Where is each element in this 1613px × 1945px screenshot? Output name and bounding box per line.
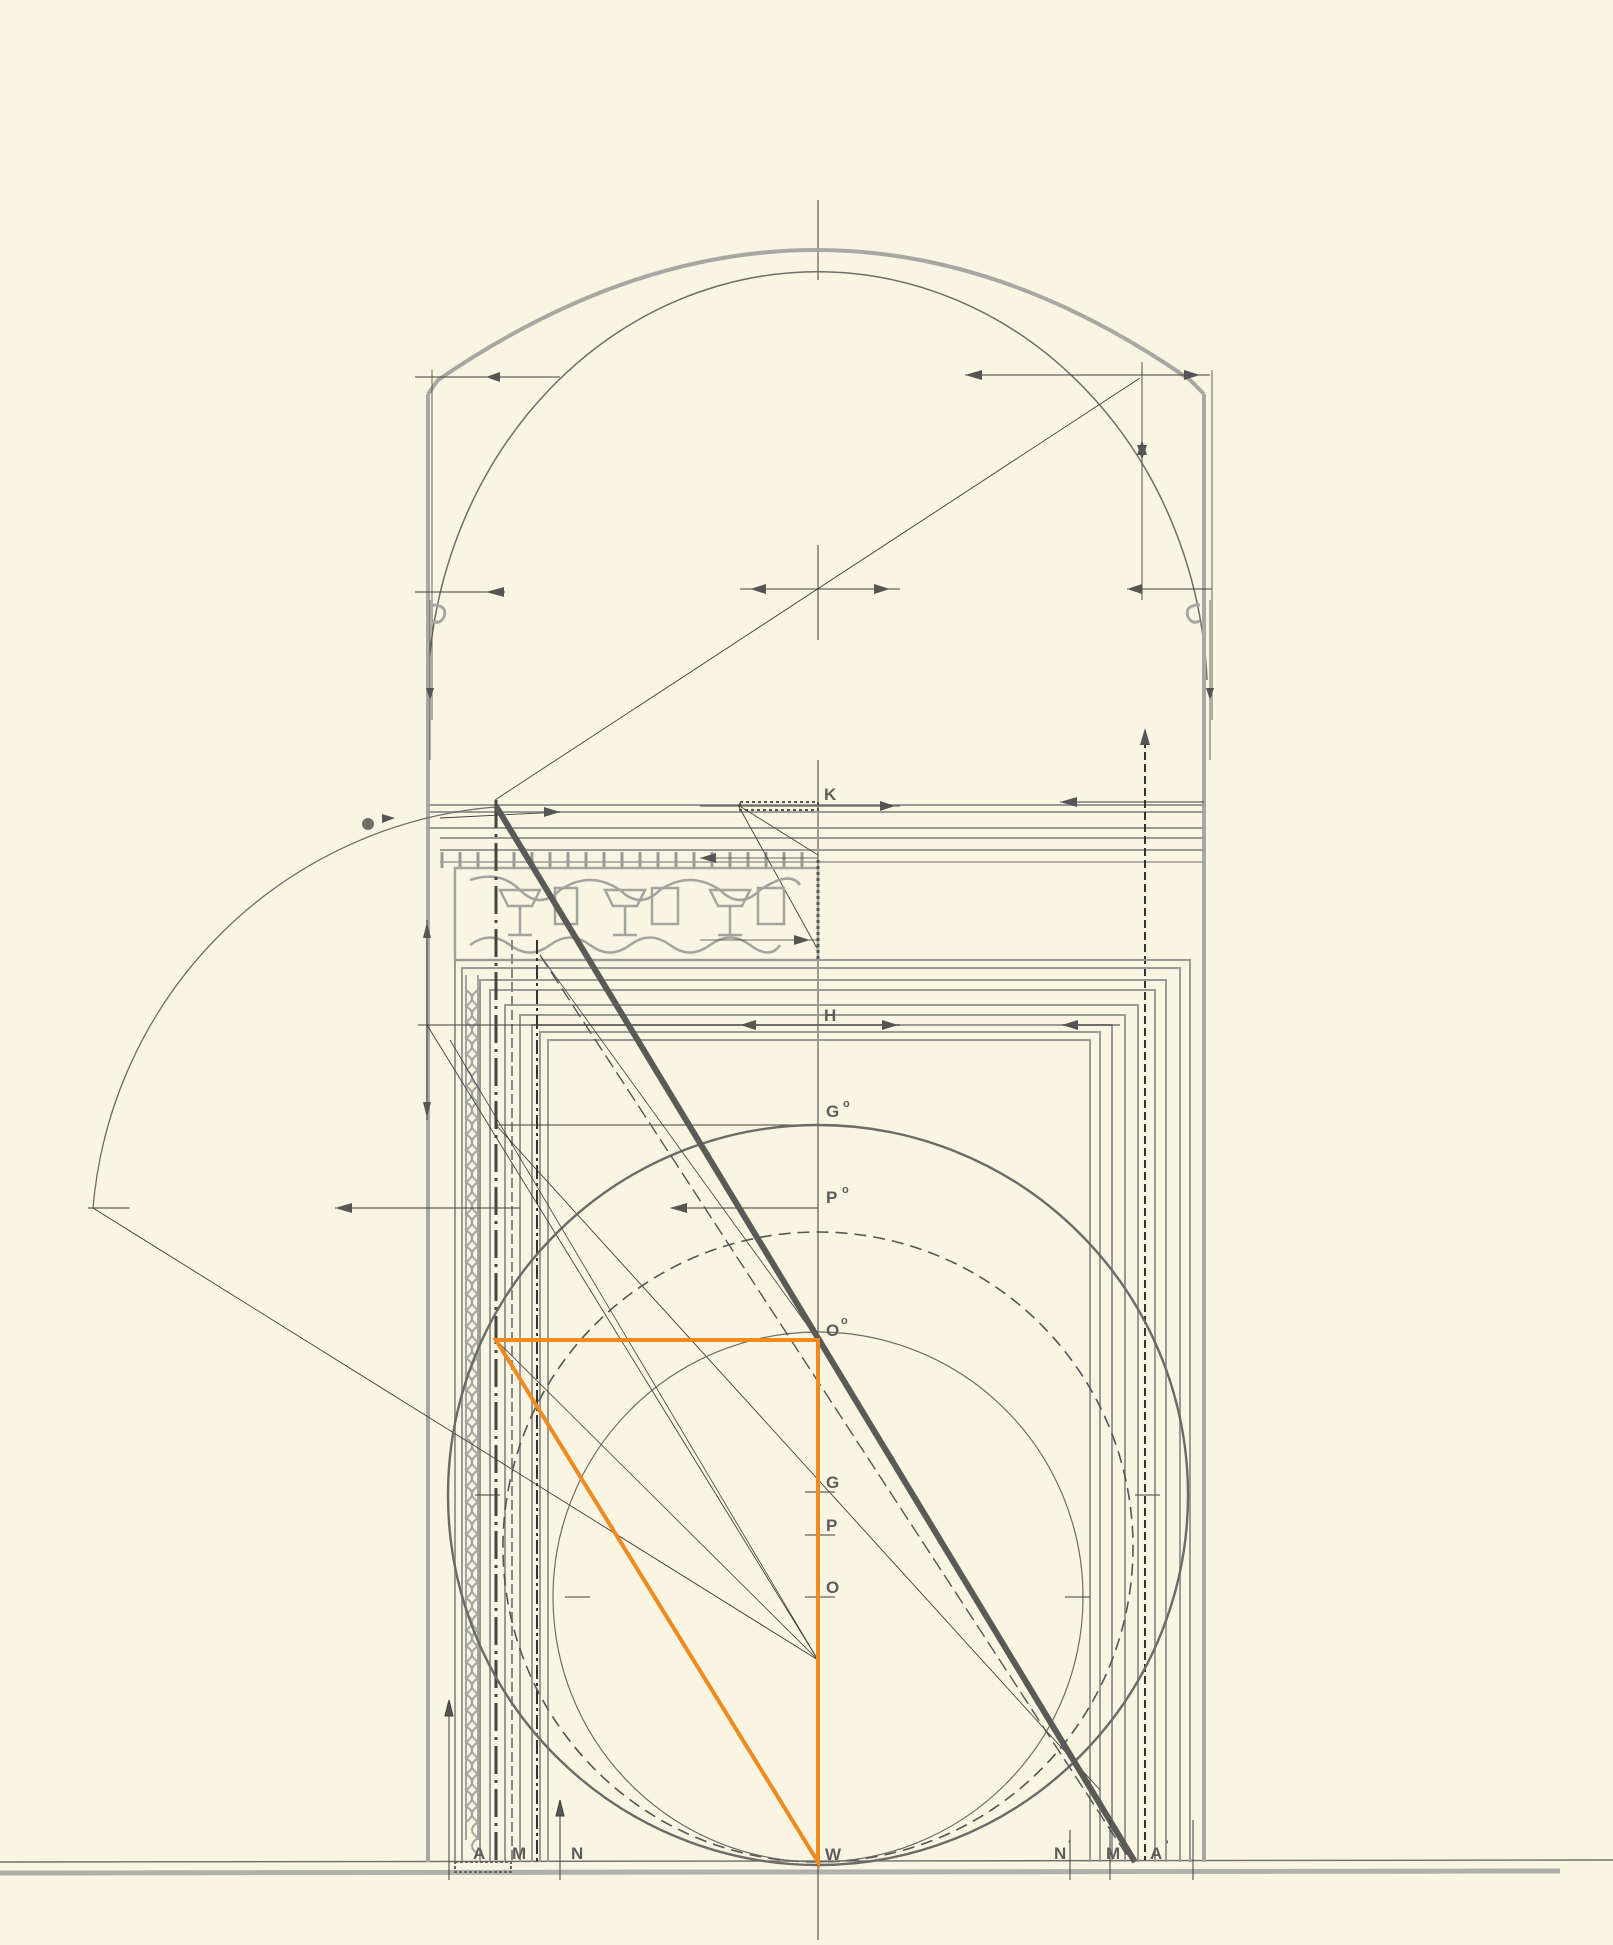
label-W: W <box>825 1845 842 1864</box>
label-N-prime: N <box>1054 1844 1066 1863</box>
svg-text:o: o <box>841 1315 848 1327</box>
label-M-left: M <box>512 1844 526 1863</box>
point-labels: A M N W N ' M A ' K H G o P o O o G P O <box>473 785 1169 1864</box>
arch-diagonal <box>495 378 1140 800</box>
label-H: H <box>824 1006 836 1025</box>
door-frames <box>455 960 1190 1862</box>
label-K: K <box>824 785 837 804</box>
label-A-prime: A <box>1150 1844 1162 1863</box>
svg-text:o: o <box>842 1184 849 1196</box>
label-N-left: N <box>571 1844 583 1863</box>
label-P: P <box>826 1516 837 1535</box>
heavy-diagonal <box>496 806 1135 1862</box>
label-P0: P <box>826 1188 837 1207</box>
swing-arc <box>88 807 818 1660</box>
svg-text:o: o <box>843 1098 850 1110</box>
svg-text:': ' <box>1068 1839 1071 1851</box>
geometric-construction-diagram: A M N W N ' M A ' K H G o P o O o G P O <box>0 0 1613 1945</box>
drawing-sheet: A M N W N ' M A ' K H G o P o O o G P O <box>0 0 1613 1945</box>
arch <box>415 250 1214 1862</box>
label-G: G <box>826 1473 839 1492</box>
label-O: O <box>826 1578 839 1597</box>
svg-text:': ' <box>1166 1839 1169 1851</box>
orange-triangle <box>496 1340 818 1862</box>
frieze-ornament <box>455 868 818 960</box>
label-G0: G <box>826 1102 839 1121</box>
label-O0: O <box>826 1321 839 1340</box>
jamb-guilloche <box>466 975 478 1854</box>
label-M-prime: M <box>1106 1844 1120 1863</box>
label-A-left: A <box>473 1844 485 1863</box>
